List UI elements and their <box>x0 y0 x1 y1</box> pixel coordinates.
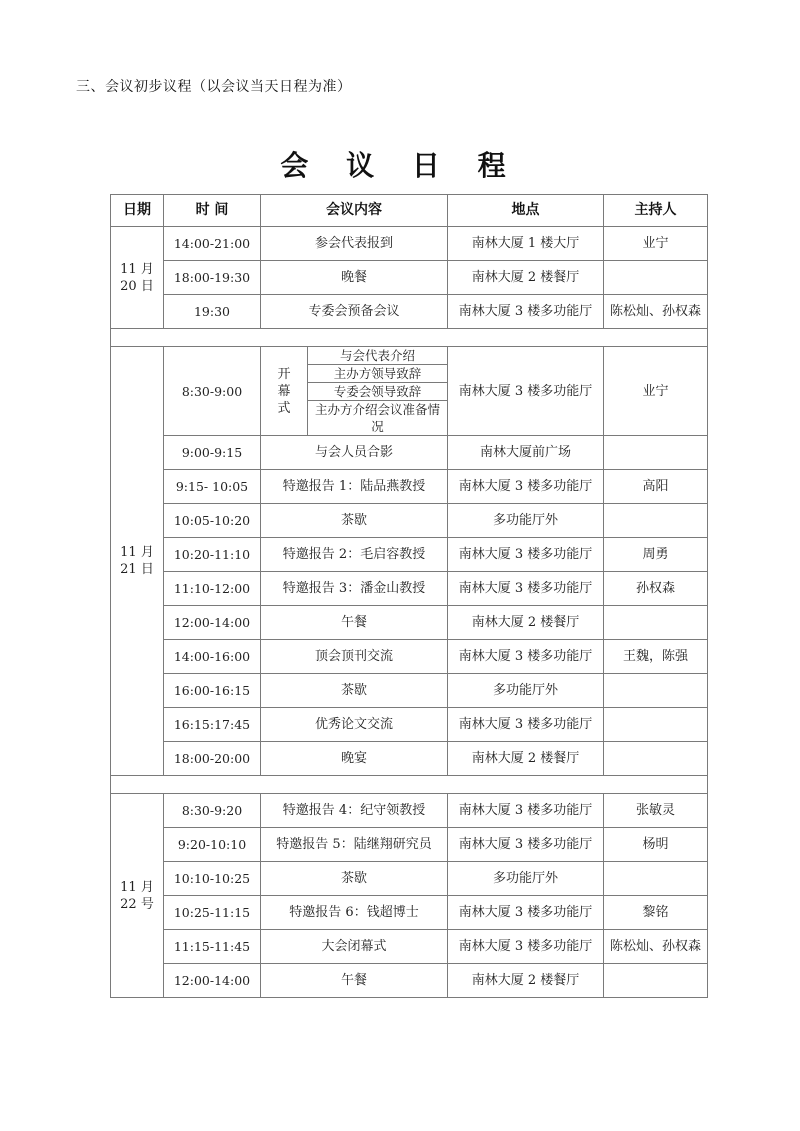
table-row: 11 月22 号8:30-9:20特邀报告 4：纪守领教授南林大厦 3 楼多功能… <box>111 794 708 828</box>
location-cell: 南林大厦 3 楼多功能厅 <box>448 708 604 742</box>
content-cell: 顶会顶刊交流 <box>261 640 448 674</box>
location-cell: 多功能厅外 <box>448 674 604 708</box>
table-row: 16:15:17:45优秀论文交流南林大厦 3 楼多功能厅 <box>111 708 708 742</box>
host-cell: 陈松灿、孙权森 <box>604 295 708 329</box>
content-cell: 专委会预备会议 <box>261 295 448 329</box>
host-cell <box>604 674 708 708</box>
host-cell: 孙权森 <box>604 572 708 606</box>
opening-agenda-item: 与会代表介绍 <box>308 347 448 365</box>
time-cell: 10:20-11:10 <box>164 538 261 572</box>
day-separator-row <box>111 776 708 794</box>
time-cell: 9:15- 10:05 <box>164 470 261 504</box>
table-row: 19:30专委会预备会议南林大厦 3 楼多功能厅陈松灿、孙权森 <box>111 295 708 329</box>
day-separator <box>111 776 708 794</box>
table-row: 9:15- 10:05特邀报告 1：陆品燕教授南林大厦 3 楼多功能厅高阳 <box>111 470 708 504</box>
date-line-day: 21 日 <box>113 561 161 578</box>
time-cell: 9:20-10:10 <box>164 828 261 862</box>
time-cell: 12:00-14:00 <box>164 606 261 640</box>
day-separator-row <box>111 329 708 347</box>
location-cell: 南林大厦 3 楼多功能厅 <box>448 930 604 964</box>
location-cell: 南林大厦 3 楼多功能厅 <box>448 295 604 329</box>
content-cell: 参会代表报到 <box>261 227 448 261</box>
content-cell: 茶歇 <box>261 674 448 708</box>
opening-label-char: 幕 <box>263 383 305 400</box>
host-cell: 杨明 <box>604 828 708 862</box>
host-cell: 业宁 <box>604 227 708 261</box>
date-line-day: 22 号 <box>113 896 161 913</box>
time-cell: 18:00-20:00 <box>164 742 261 776</box>
time-cell: 8:30-9:20 <box>164 794 261 828</box>
location-cell: 南林大厦前广场 <box>448 436 604 470</box>
table-row: 14:00-16:00顶会顶刊交流南林大厦 3 楼多功能厅王魏，陈强 <box>111 640 708 674</box>
opening-agenda-item: 主办方介绍会议准备情况 <box>308 401 448 436</box>
opening-agenda-item: 专委会领导致辞 <box>308 383 448 401</box>
opening-label-char: 式 <box>263 400 305 417</box>
table-row: 9:00-9:15与会人员合影南林大厦前广场 <box>111 436 708 470</box>
table-row: 16:00-16:15茶歇多功能厅外 <box>111 674 708 708</box>
time-cell: 19:30 <box>164 295 261 329</box>
time-cell: 10:25-11:15 <box>164 896 261 930</box>
opening-agenda-item: 主办方领导致辞 <box>308 365 448 383</box>
date-line-month: 11 月 <box>113 879 161 896</box>
location-cell: 南林大厦 1 楼大厅 <box>448 227 604 261</box>
host-cell: 王魏，陈强 <box>604 640 708 674</box>
page-title: 会 议 日 程 <box>0 144 800 184</box>
time-cell: 14:00-16:00 <box>164 640 261 674</box>
host-cell: 高阳 <box>604 470 708 504</box>
content-cell: 午餐 <box>261 606 448 640</box>
date-line-day: 20 日 <box>113 278 161 295</box>
host-cell <box>604 606 708 640</box>
time-cell: 14:00-21:00 <box>164 227 261 261</box>
content-cell: 茶歇 <box>261 862 448 896</box>
schedule-table: 日期 时 间 会议内容 地点 主持人 11 月20 日14:00-21:00参会… <box>110 194 708 998</box>
date-cell: 11 月20 日 <box>111 227 164 329</box>
content-cell: 特邀报告 3：潘金山教授 <box>261 572 448 606</box>
table-row: 10:10-10:25茶歇多功能厅外 <box>111 862 708 896</box>
host-cell: 黎铭 <box>604 896 708 930</box>
location-cell: 南林大厦 3 楼多功能厅 <box>448 794 604 828</box>
location-cell: 南林大厦 3 楼多功能厅 <box>448 640 604 674</box>
table-row: 11:10-12:00特邀报告 3：潘金山教授南林大厦 3 楼多功能厅孙权森 <box>111 572 708 606</box>
host-cell: 陈松灿、孙权森 <box>604 930 708 964</box>
table-row: 10:20-11:10特邀报告 2：毛启容教授南林大厦 3 楼多功能厅周勇 <box>111 538 708 572</box>
table-row: 18:00-20:00晚宴南林大厦 2 楼餐厅 <box>111 742 708 776</box>
header-host: 主持人 <box>604 195 708 227</box>
content-cell: 优秀论文交流 <box>261 708 448 742</box>
host-cell <box>604 436 708 470</box>
opening-ceremony-label: 开幕式 <box>261 347 308 436</box>
section-heading: 三、会议初步议程（以会议当天日程为准） <box>76 76 352 96</box>
date-line-month: 11 月 <box>113 544 161 561</box>
table-row: 18:00-19:30晚餐南林大厦 2 楼餐厅 <box>111 261 708 295</box>
location-cell: 南林大厦 2 楼餐厅 <box>448 964 604 998</box>
time-cell: 8:30-9:00 <box>164 347 261 436</box>
content-cell: 特邀报告 2：毛启容教授 <box>261 538 448 572</box>
content-cell: 特邀报告 1：陆品燕教授 <box>261 470 448 504</box>
time-cell: 16:15:17:45 <box>164 708 261 742</box>
time-cell: 11:10-12:00 <box>164 572 261 606</box>
content-cell: 特邀报告 4：纪守领教授 <box>261 794 448 828</box>
time-cell: 18:00-19:30 <box>164 261 261 295</box>
time-cell: 11:15-11:45 <box>164 930 261 964</box>
date-line-month: 11 月 <box>113 261 161 278</box>
location-cell: 南林大厦 2 楼餐厅 <box>448 606 604 640</box>
table-row: 11 月20 日14:00-21:00参会代表报到南林大厦 1 楼大厅业宁 <box>111 227 708 261</box>
header-content: 会议内容 <box>261 195 448 227</box>
location-cell: 南林大厦 3 楼多功能厅 <box>448 572 604 606</box>
table-header-row: 日期 时 间 会议内容 地点 主持人 <box>111 195 708 227</box>
host-cell: 周勇 <box>604 538 708 572</box>
content-cell: 特邀报告 6：钱超博士 <box>261 896 448 930</box>
location-cell: 南林大厦 3 楼多功能厅 <box>448 347 604 436</box>
host-cell <box>604 964 708 998</box>
content-cell: 茶歇 <box>261 504 448 538</box>
time-cell: 10:05-10:20 <box>164 504 261 538</box>
table-row: 9:20-10:10特邀报告 5：陆继翔研究员南林大厦 3 楼多功能厅杨明 <box>111 828 708 862</box>
header-location: 地点 <box>448 195 604 227</box>
location-cell: 南林大厦 2 楼餐厅 <box>448 261 604 295</box>
location-cell: 南林大厦 3 楼多功能厅 <box>448 828 604 862</box>
content-cell: 晚餐 <box>261 261 448 295</box>
host-cell: 张敏灵 <box>604 794 708 828</box>
time-cell: 16:00-16:15 <box>164 674 261 708</box>
time-cell: 10:10-10:25 <box>164 862 261 896</box>
host-cell <box>604 742 708 776</box>
host-cell <box>604 708 708 742</box>
date-cell: 11 月22 号 <box>111 794 164 998</box>
location-cell: 南林大厦 3 楼多功能厅 <box>448 896 604 930</box>
table-row: 11:15-11:45大会闭幕式南林大厦 3 楼多功能厅陈松灿、孙权森 <box>111 930 708 964</box>
header-date: 日期 <box>111 195 164 227</box>
content-cell: 晚宴 <box>261 742 448 776</box>
table-row: 12:00-14:00午餐南林大厦 2 楼餐厅 <box>111 964 708 998</box>
host-cell <box>604 504 708 538</box>
opening-ceremony-row: 11 月21 日8:30-9:00开幕式与会代表介绍南林大厦 3 楼多功能厅业宁 <box>111 347 708 365</box>
opening-label-char: 开 <box>263 366 305 383</box>
table-row: 10:25-11:15特邀报告 6：钱超博士南林大厦 3 楼多功能厅黎铭 <box>111 896 708 930</box>
table-row: 10:05-10:20茶歇多功能厅外 <box>111 504 708 538</box>
location-cell: 多功能厅外 <box>448 862 604 896</box>
host-cell: 业宁 <box>604 347 708 436</box>
location-cell: 南林大厦 3 楼多功能厅 <box>448 538 604 572</box>
location-cell: 多功能厅外 <box>448 504 604 538</box>
location-cell: 南林大厦 2 楼餐厅 <box>448 742 604 776</box>
host-cell <box>604 261 708 295</box>
content-cell: 午餐 <box>261 964 448 998</box>
content-cell: 大会闭幕式 <box>261 930 448 964</box>
day-separator <box>111 329 708 347</box>
table-row: 12:00-14:00午餐南林大厦 2 楼餐厅 <box>111 606 708 640</box>
date-cell: 11 月21 日 <box>111 347 164 776</box>
host-cell <box>604 862 708 896</box>
content-cell: 与会人员合影 <box>261 436 448 470</box>
time-cell: 12:00-14:00 <box>164 964 261 998</box>
location-cell: 南林大厦 3 楼多功能厅 <box>448 470 604 504</box>
content-cell: 特邀报告 5：陆继翔研究员 <box>261 828 448 862</box>
time-cell: 9:00-9:15 <box>164 436 261 470</box>
header-time: 时 间 <box>164 195 261 227</box>
